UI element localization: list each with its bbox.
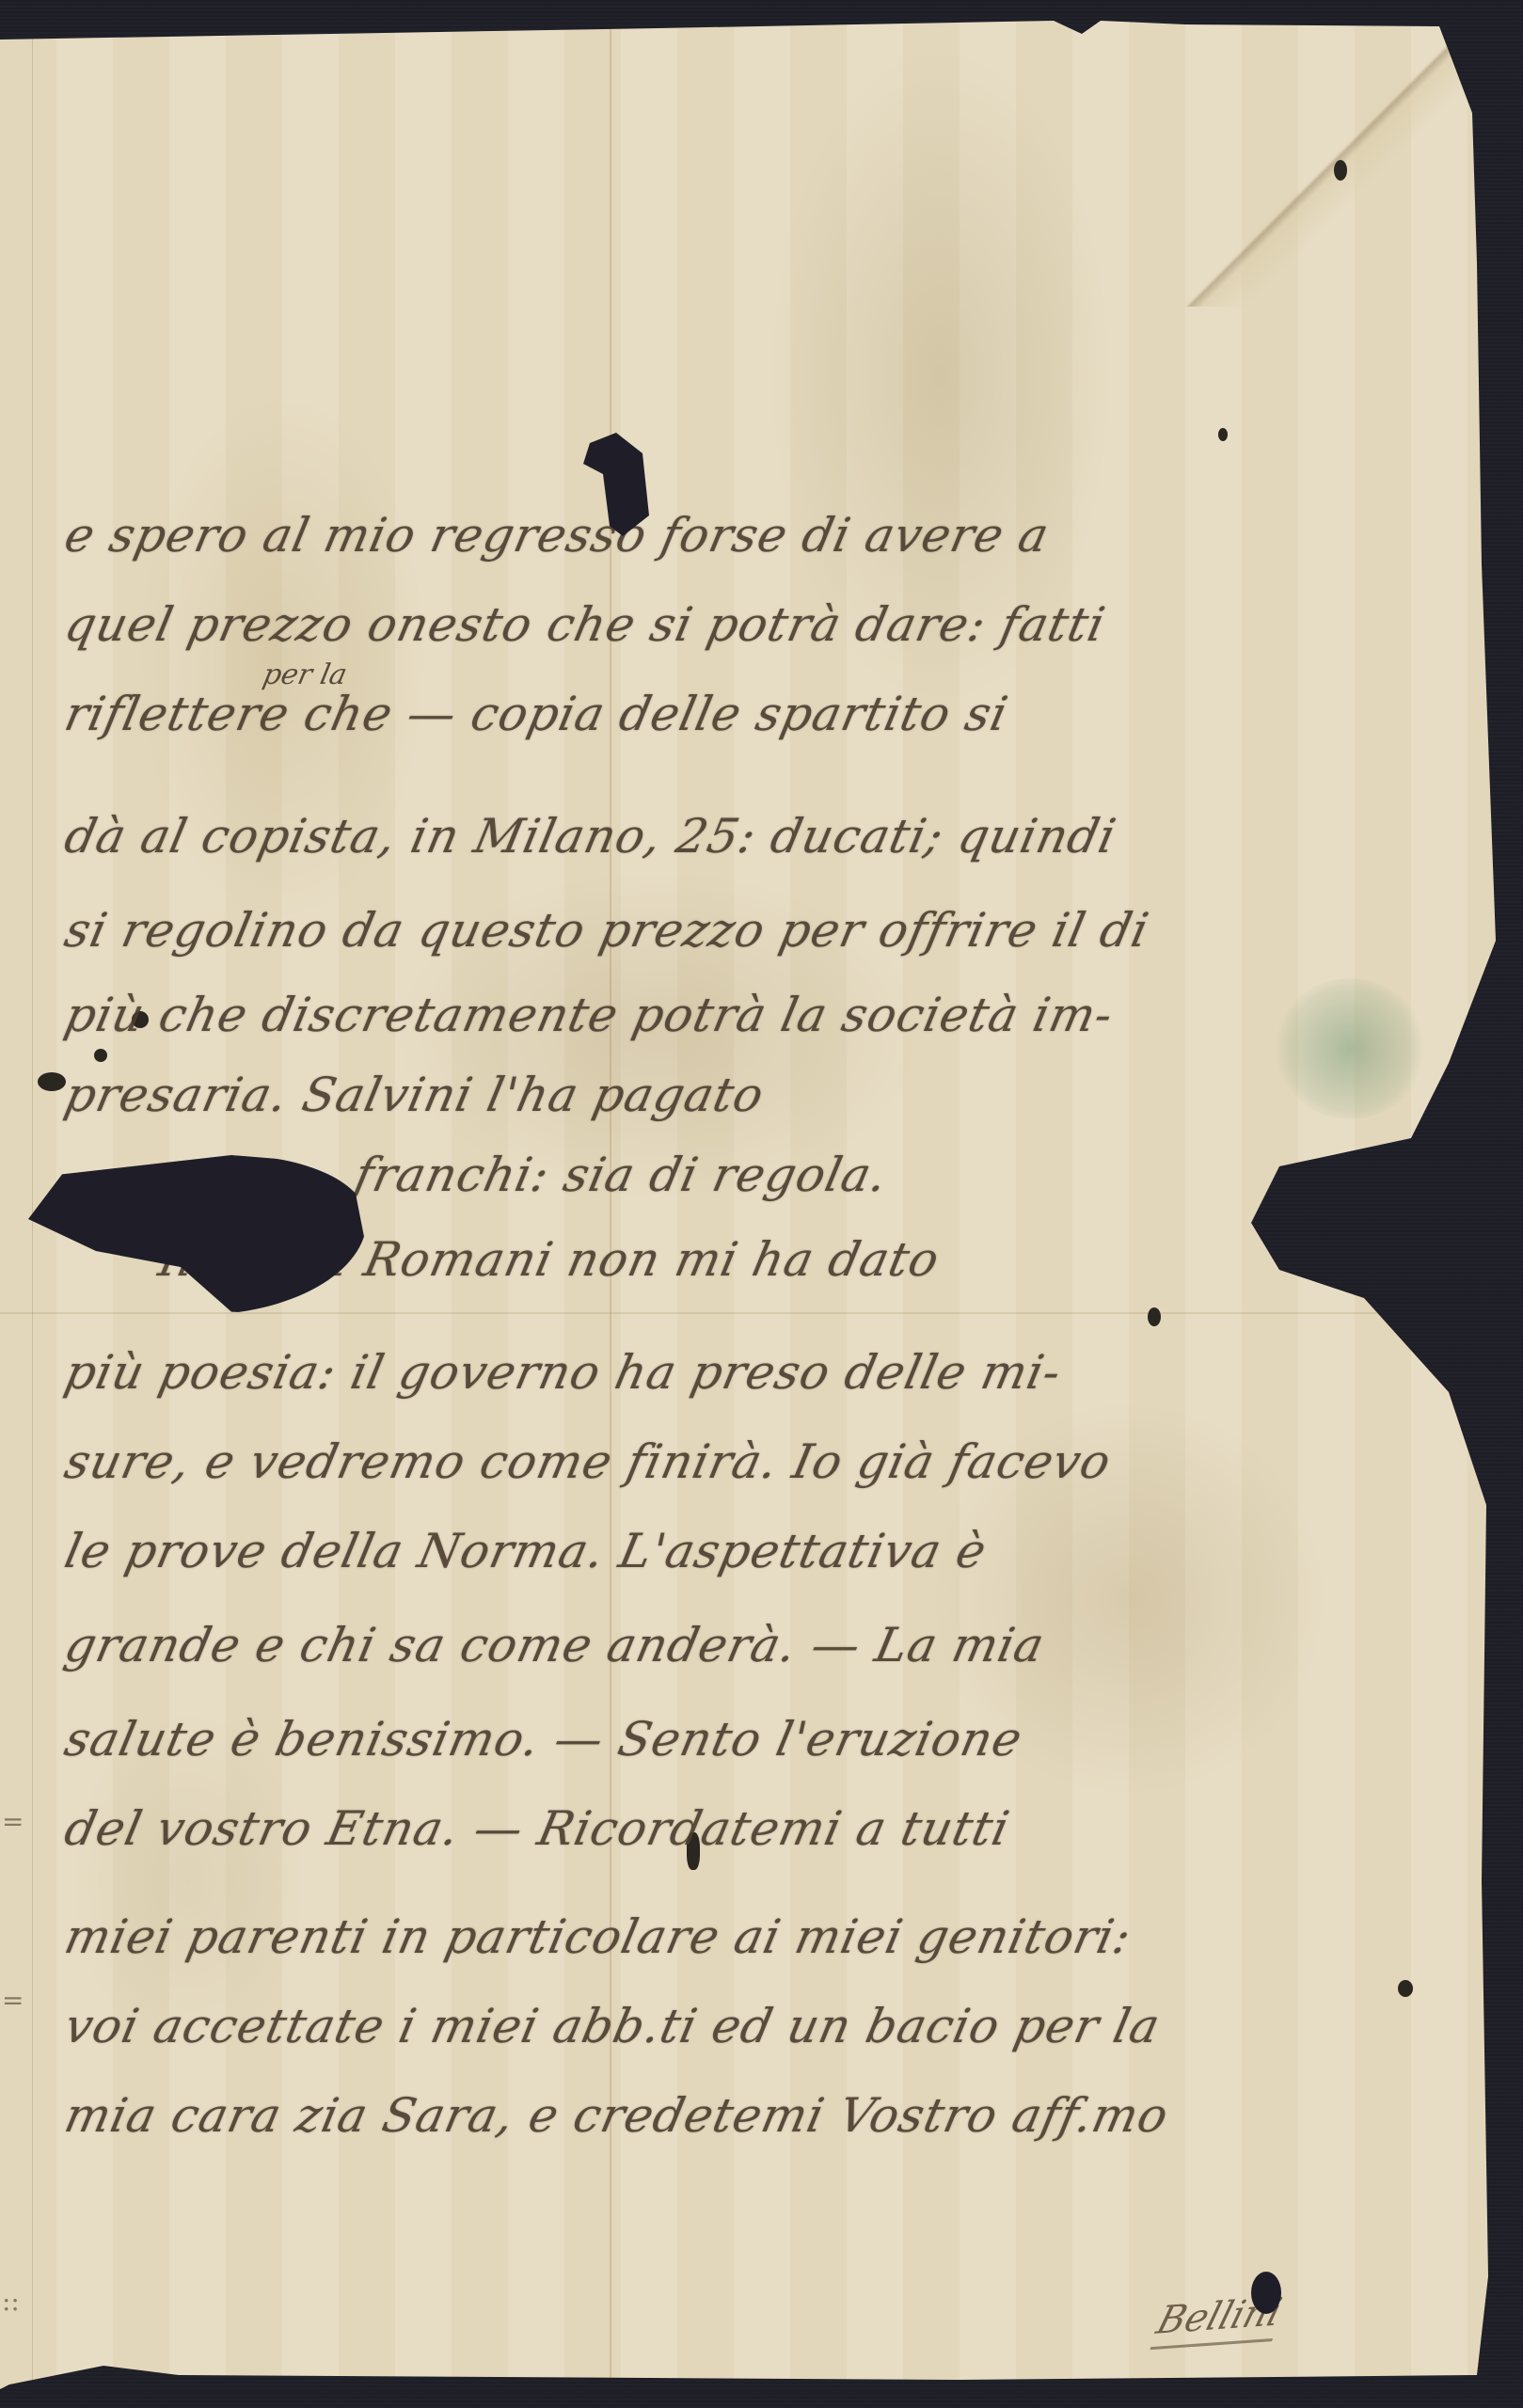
letter-line: sure, e vedremo come finirà. Io già face… <box>60 1434 1117 1489</box>
letter-line: salute è benissimo. — Sento l'eruzione <box>60 1712 1027 1766</box>
ink-spot <box>1148 1307 1161 1326</box>
letter-line: voi accettate i miei abb.ti ed un bacio … <box>60 1999 1166 2053</box>
margin-fragment: = <box>2 1985 24 2016</box>
margin-fragment: :: <box>2 2286 20 2317</box>
letter-line: più che discretamente potrà la società i… <box>60 988 1118 1042</box>
horizontal-fold-line <box>0 1312 1505 1314</box>
letter-line: mia cara zia Sara, e credetemi Vostro af… <box>60 2088 1174 2143</box>
letter-line: grande e chi sa come anderà. — La mia <box>60 1618 1050 1672</box>
ink-spot <box>94 1049 107 1062</box>
folded-corner <box>1185 24 1477 307</box>
letter-line: e spero al mio regresso forse di avere a <box>60 508 1055 562</box>
torn-hole <box>1251 2272 1281 2314</box>
letter-line: dà al copista, in Milano, 25: ducati; qu… <box>60 809 1121 863</box>
ink-spot <box>1334 160 1347 181</box>
ink-spot <box>1218 428 1228 441</box>
margin-crease <box>32 38 33 2380</box>
letter-line: si regolino da questo prezzo per offrire… <box>60 903 1154 958</box>
ink-spot <box>38 1072 66 1091</box>
letter-line: … franchi: sia di regola. <box>286 1148 893 1202</box>
letter-line: le prove della Norma. L'aspettativa è <box>60 1524 992 1578</box>
letter-line: riflettere che — copia delle spartito si <box>60 687 1013 741</box>
green-seal-stain <box>1275 978 1425 1119</box>
letter-line: del vostro Etna. — Ricordatemi a tutti <box>60 1801 1015 1856</box>
letter-line: quel prezzo onesto che si potrà dare: fa… <box>60 597 1110 652</box>
interlinear-insertion: per la <box>260 658 350 691</box>
letter-line: miei parenti in particolare ai miei geni… <box>60 1909 1136 1964</box>
letter-line: più poesia: il governo ha preso delle mi… <box>60 1345 1067 1400</box>
margin-fragment: = <box>2 1806 24 1837</box>
ink-spot <box>1398 1980 1413 1997</box>
letter-line: presaria. Salvini l'ha pagato <box>60 1068 769 1122</box>
